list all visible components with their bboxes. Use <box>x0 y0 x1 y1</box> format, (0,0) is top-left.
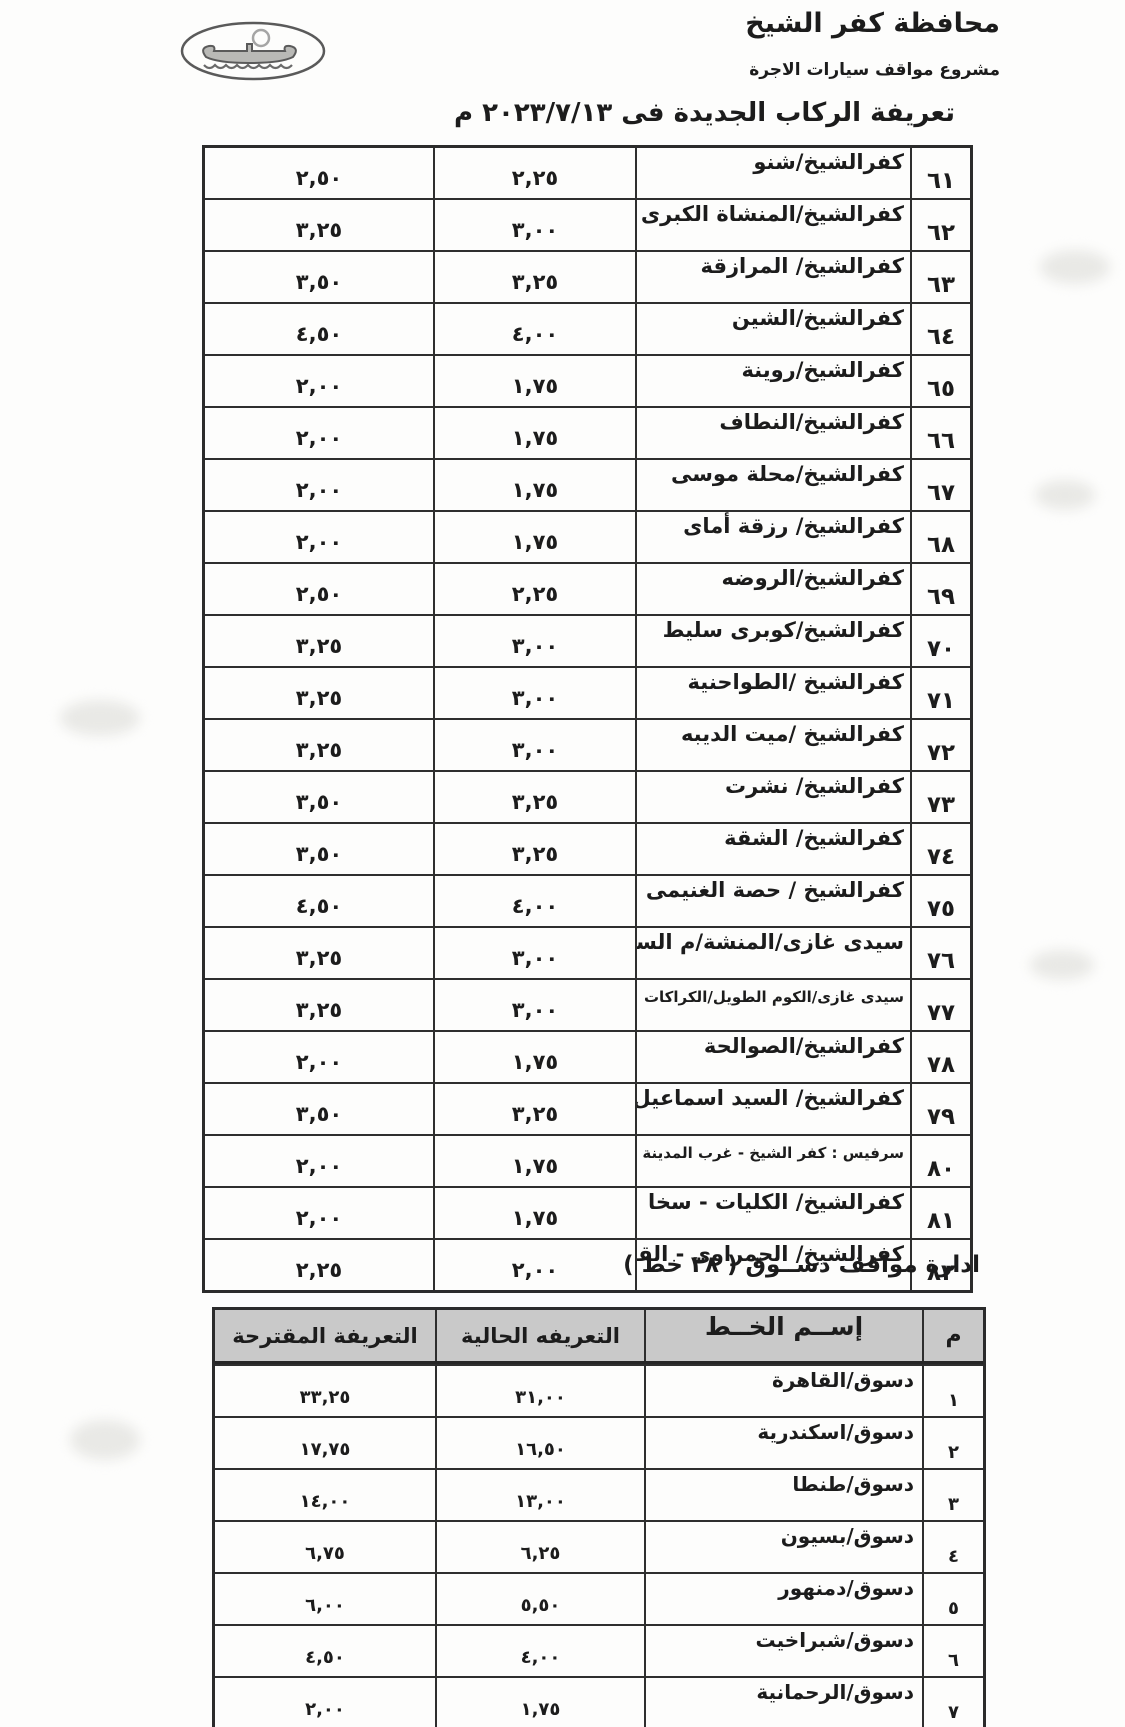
seal-emblem-icon <box>253 30 269 46</box>
route-name: كفرالشيخ/الصوالحة <box>635 1032 910 1082</box>
row-number: ٥ <box>922 1574 983 1624</box>
proposed-fare: ٣,٥٠ <box>205 1084 433 1134</box>
current-fare: ٣,٢٥ <box>433 252 635 302</box>
route-name: كفرالشيخ /ميت الديبه <box>635 720 910 770</box>
row-number: ٧٩ <box>910 1084 970 1134</box>
fare-row: ٦٩كفرالشيخ/الروضه٢,٢٥٢,٥٠ <box>205 562 970 614</box>
fare-row: ٦٢كفرالشيخ/المنشاة الكبرى٣,٠٠٣,٢٥ <box>205 198 970 250</box>
fare-row: ٧٦سيدى غازى/المنشة/م السكر٣,٠٠٣,٢٥ <box>205 926 970 978</box>
row-number: ٧٦ <box>910 928 970 978</box>
route-name: كفرالشيخ/النطاف <box>635 408 910 458</box>
route-name: كفرالشيخ /الطواحنية <box>635 668 910 718</box>
fare-row: ٦٧كفرالشيخ/محلة موسى١,٧٥٢,٠٠ <box>205 458 970 510</box>
current-fare: ٢,٢٥ <box>433 148 635 198</box>
row-number: ٧٥ <box>910 876 970 926</box>
fare-row: ٧٠كفرالشيخ/كوبرى سليط٣,٠٠٣,٢٥ <box>205 614 970 666</box>
row-number: ٦٣ <box>910 252 970 302</box>
route-name: كفرالشيخ/ السيد اسماعيل <box>635 1084 910 1134</box>
proposed-fare: ٣,٢٥ <box>205 200 433 250</box>
row-number: ٣ <box>922 1470 983 1520</box>
route-name: سيدى غازى/الكوم الطويل/الكراكات <box>635 980 910 1030</box>
row-number: ١ <box>922 1366 983 1416</box>
fare-row: ٦٣كفرالشيخ/ المرازقة٣,٢٥٣,٥٠ <box>205 250 970 302</box>
route-name: دسوق/الرحمانية <box>644 1678 922 1727</box>
row-number: ٨٠ <box>910 1136 970 1186</box>
route-name: دسوق/دمنهور <box>644 1574 922 1624</box>
water-waves-icon <box>204 65 292 68</box>
proposed-fare: ٢,٥٠ <box>205 148 433 198</box>
governorate-seal-logo <box>178 20 328 82</box>
boat-icon <box>203 44 296 63</box>
route-name: كفرالشيخ/ نشرت <box>635 772 910 822</box>
current-fare: ١,٧٥ <box>433 408 635 458</box>
desouk-fare-row: ١دسوق/القاهرة٣١,٠٠٣٣,٢٥ <box>215 1364 983 1416</box>
proposed-fare: ٢,٠٠ <box>205 1032 433 1082</box>
proposed-fare: ٢,٠٠ <box>205 408 433 458</box>
current-fare: ١,٧٥ <box>433 1032 635 1082</box>
proposed-fare: ٣,٢٥ <box>205 980 433 1030</box>
current-fare: ١,٧٥ <box>433 1136 635 1186</box>
scanned-tariff-document: محافظة كفر الشيخ مشروع مواقف سيارات الاج… <box>0 0 1125 1727</box>
header-row-number: م <box>922 1310 983 1361</box>
route-name: كفرالشيخ/الروضه <box>635 564 910 614</box>
scan-smudge <box>1040 250 1110 284</box>
route-name: كفرالشيخ/محلة موسى <box>635 460 910 510</box>
row-number: ٦٦ <box>910 408 970 458</box>
project-subtitle: مشروع مواقف سيارات الاجرة <box>749 60 1000 80</box>
route-name: دسوق/القاهرة <box>644 1366 922 1416</box>
desouk-fare-row: ٤دسوق/بسيون٦,٢٥٦,٧٥ <box>215 1520 983 1572</box>
proposed-fare: ٣٣,٢٥ <box>215 1366 435 1416</box>
scan-smudge <box>1030 950 1094 980</box>
proposed-fare: ٣,٥٠ <box>205 824 433 874</box>
current-fare: ١٦,٥٠ <box>435 1418 644 1468</box>
row-number: ٧ <box>922 1678 983 1727</box>
scan-smudge <box>1035 480 1095 510</box>
desouk-fare-row: ٣دسوق/طنطا١٣,٠٠١٤,٠٠ <box>215 1468 983 1520</box>
current-fare: ٥,٥٠ <box>435 1574 644 1624</box>
route-name: كفرالشيخ/ المرازقة <box>635 252 910 302</box>
current-fare: ٣,٠٠ <box>433 720 635 770</box>
proposed-fare: ٤,٥٠ <box>205 304 433 354</box>
fare-row: ٧١كفرالشيخ /الطواحنية٣,٠٠٣,٢٥ <box>205 666 970 718</box>
desouk-fare-row: ٢دسوق/اسكندرية١٦,٥٠١٧,٧٥ <box>215 1416 983 1468</box>
route-name: كفرالشيخ/ رزقة أماى <box>635 512 910 562</box>
route-name: كفرالشيخ/الشين <box>635 304 910 354</box>
route-name: دسوق/بسيون <box>644 1522 922 1572</box>
row-number: ٦١ <box>910 148 970 198</box>
document-title: تعريفة الركاب الجديدة فى ٢٠٢٣/٧/١٣ م <box>454 98 955 128</box>
route-name: كفرالشيخ/المنشاة الكبرى <box>635 200 910 250</box>
fare-row: ٧٥كفرالشيخ / حصة الغنيمى٤,٠٠٤,٥٠ <box>205 874 970 926</box>
current-fare: ٤,٠٠ <box>435 1626 644 1676</box>
proposed-fare: ٢,٠٠ <box>215 1678 435 1727</box>
row-number: ٢ <box>922 1418 983 1468</box>
proposed-fare: ٢,٠٠ <box>205 1188 433 1238</box>
row-number: ٦ <box>922 1626 983 1676</box>
row-number: ٧٣ <box>910 772 970 822</box>
proposed-fare: ٢,٠٠ <box>205 460 433 510</box>
current-fare: ٣١,٠٠ <box>435 1366 644 1416</box>
current-fare: ٣,٠٠ <box>433 616 635 666</box>
row-number: ٦٢ <box>910 200 970 250</box>
row-number: ٧٠ <box>910 616 970 666</box>
current-fare: ١,٧٥ <box>433 460 635 510</box>
scan-smudge <box>60 700 140 736</box>
row-number: ٤ <box>922 1522 983 1572</box>
governorate-title: محافظة كفر الشيخ <box>745 8 1000 39</box>
proposed-fare: ٤,٥٠ <box>205 876 433 926</box>
route-name: دسوق/شبراخيت <box>644 1626 922 1676</box>
desouk-fare-row: ٥دسوق/دمنهور٥,٥٠٦,٠٠ <box>215 1572 983 1624</box>
proposed-fare: ١٧,٧٥ <box>215 1418 435 1468</box>
row-number: ٧١ <box>910 668 970 718</box>
proposed-fare: ٢,٠٠ <box>205 356 433 406</box>
route-name: كفرالشيخ/روينة <box>635 356 910 406</box>
fare-row: ٦١كفرالشيخ/شنو٢,٢٥٢,٥٠ <box>205 148 970 198</box>
row-number: ٦٧ <box>910 460 970 510</box>
header-proposed-fare: التعريفة المقترحة <box>215 1310 435 1361</box>
row-number: ٦٩ <box>910 564 970 614</box>
header-line-name: إســم الخــط <box>644 1310 922 1361</box>
current-fare: ٦,٢٥ <box>435 1522 644 1572</box>
route-name: كفرالشيخ / حصة الغنيمى <box>635 876 910 926</box>
current-fare: ٢,٠٠ <box>433 1240 635 1290</box>
desouk-fare-row: ٧دسوق/الرحمانية١,٧٥٢,٠٠ <box>215 1676 983 1727</box>
current-fare: ٣,٢٥ <box>433 1084 635 1134</box>
proposed-fare: ٢,٢٥ <box>205 1240 433 1290</box>
proposed-fare: ٣,٢٥ <box>205 720 433 770</box>
current-fare: ١٣,٠٠ <box>435 1470 644 1520</box>
row-number: ٨١ <box>910 1188 970 1238</box>
fare-row: ٧٨كفرالشيخ/الصوالحة١,٧٥٢,٠٠ <box>205 1030 970 1082</box>
current-fare: ٣,٠٠ <box>433 668 635 718</box>
proposed-fare: ٦,٧٥ <box>215 1522 435 1572</box>
fares-table-61-82: ٦١كفرالشيخ/شنو٢,٢٥٢,٥٠٦٢كفرالشيخ/المنشاة… <box>202 145 973 1293</box>
fare-row: ٦٤كفرالشيخ/الشين٤,٠٠٤,٥٠ <box>205 302 970 354</box>
route-name: سرفيس : كفر الشيخ - غرب المدينة <box>635 1136 910 1186</box>
desouk-fares-table: م إســم الخــط التعريفه الحالية التعريفة… <box>212 1307 986 1727</box>
fare-row: ٦٥كفرالشيخ/روينة١,٧٥٢,٠٠ <box>205 354 970 406</box>
row-number: ٦٨ <box>910 512 970 562</box>
fare-row: ٧٤كفرالشيخ/ الشقة٣,٢٥٣,٥٠ <box>205 822 970 874</box>
current-fare: ١,٧٥ <box>433 356 635 406</box>
route-name: دسوق/اسكندرية <box>644 1418 922 1468</box>
route-name: كفرالشيخ/شنو <box>635 148 910 198</box>
proposed-fare: ٢,٠٠ <box>205 1136 433 1186</box>
current-fare: ٣,٢٥ <box>433 824 635 874</box>
proposed-fare: ٣,٥٠ <box>205 252 433 302</box>
fare-row: ٧٣كفرالشيخ/ نشرت٣,٢٥٣,٥٠ <box>205 770 970 822</box>
proposed-fare: ٤,٥٠ <box>215 1626 435 1676</box>
current-fare: ١,٧٥ <box>435 1678 644 1727</box>
current-fare: ٣,٠٠ <box>433 200 635 250</box>
fare-row: ٨١كفرالشيخ/ الكليات - سخا١,٧٥٢,٠٠ <box>205 1186 970 1238</box>
current-fare: ٣,٠٠ <box>433 928 635 978</box>
route-name: كفرالشيخ/كوبرى سليط <box>635 616 910 666</box>
route-name: سيدى غازى/المنشة/م السكر <box>635 928 910 978</box>
proposed-fare: ٣,٢٥ <box>205 616 433 666</box>
fare-row: ٧٧سيدى غازى/الكوم الطويل/الكراكات٣,٠٠٣,٢… <box>205 978 970 1030</box>
row-number: ٧٨ <box>910 1032 970 1082</box>
fare-row: ٦٦كفرالشيخ/النطاف١,٧٥٢,٠٠ <box>205 406 970 458</box>
row-number: ٧٢ <box>910 720 970 770</box>
current-fare: ٣,٢٥ <box>433 772 635 822</box>
proposed-fare: ٣,٢٥ <box>205 928 433 978</box>
proposed-fare: ٣,٥٠ <box>205 772 433 822</box>
proposed-fare: ٢,٠٠ <box>205 512 433 562</box>
fare-row: ٨٠سرفيس : كفر الشيخ - غرب المدينة١,٧٥٢,٠… <box>205 1134 970 1186</box>
route-name: دسوق/طنطا <box>644 1470 922 1520</box>
header-current-fare: التعريفه الحالية <box>435 1310 644 1361</box>
current-fare: ٣,٠٠ <box>433 980 635 1030</box>
proposed-fare: ٢,٥٠ <box>205 564 433 614</box>
route-name: كفرالشيخ/ الكليات - سخا <box>635 1188 910 1238</box>
fare-row: ٧٢كفرالشيخ /ميت الديبه٣,٠٠٣,٢٥ <box>205 718 970 770</box>
proposed-fare: ٦,٠٠ <box>215 1574 435 1624</box>
proposed-fare: ١٤,٠٠ <box>215 1470 435 1520</box>
current-fare: ٤,٠٠ <box>433 876 635 926</box>
row-number: ٦٤ <box>910 304 970 354</box>
scan-smudge <box>70 1420 140 1460</box>
current-fare: ١,٧٥ <box>433 1188 635 1238</box>
row-number: ٧٤ <box>910 824 970 874</box>
fare-row: ٦٨كفرالشيخ/ رزقة أماى١,٧٥٢,٠٠ <box>205 510 970 562</box>
current-fare: ٤,٠٠ <box>433 304 635 354</box>
current-fare: ٢,٢٥ <box>433 564 635 614</box>
route-name: كفرالشيخ/ الشقة <box>635 824 910 874</box>
current-fare: ١,٧٥ <box>433 512 635 562</box>
row-number: ٧٧ <box>910 980 970 1030</box>
desouk-table-header-row: م إســم الخــط التعريفه الحالية التعريفة… <box>215 1310 983 1364</box>
row-number: ٦٥ <box>910 356 970 406</box>
desouk-fare-row: ٦دسوق/شبراخيت٤,٠٠٤,٥٠ <box>215 1624 983 1676</box>
fare-row: ٧٩كفرالشيخ/ السيد اسماعيل٣,٢٥٣,٥٠ <box>205 1082 970 1134</box>
proposed-fare: ٣,٢٥ <box>205 668 433 718</box>
desouk-section-heading: ادارة مواقف دســوق ( ٣٨ خط ) <box>623 1252 980 1278</box>
